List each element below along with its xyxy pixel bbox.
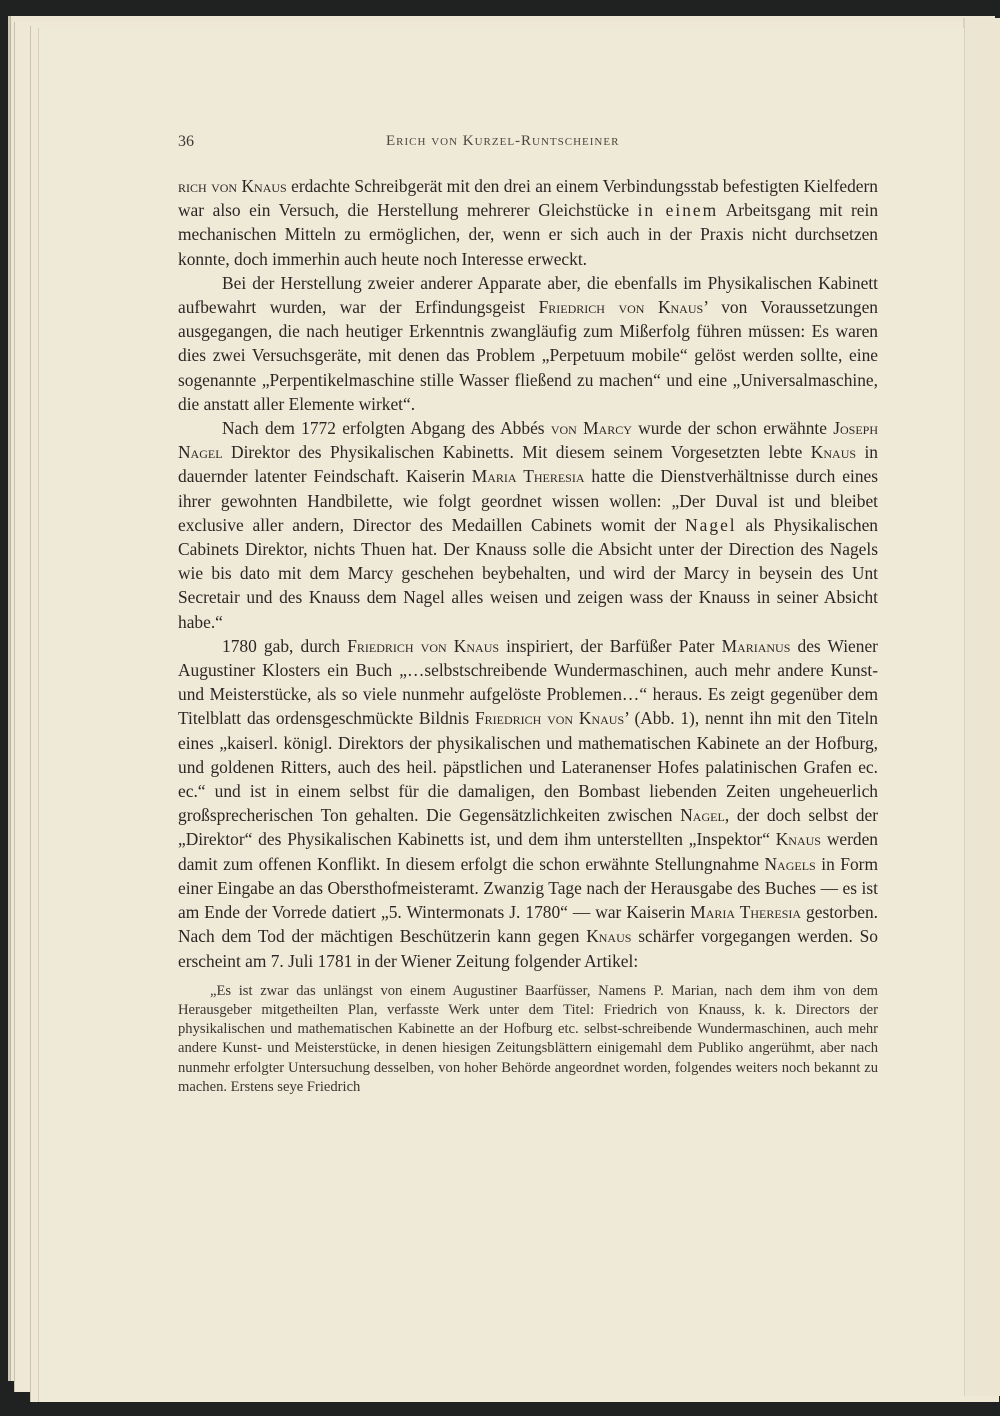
small-caps-name: Knaus bbox=[776, 829, 821, 849]
text-run: 1780 gab, durch bbox=[222, 636, 347, 656]
small-caps-name: Marianus bbox=[722, 636, 791, 656]
body-text: rich von Knaus erdachte Schreibgerät mit… bbox=[178, 174, 878, 1097]
scanned-page-view: 36 Erich von Kurzel-Runtscheiner rich vo… bbox=[0, 0, 1000, 1416]
small-caps-name: Maria Theresia bbox=[472, 466, 585, 486]
facing-page-edge bbox=[963, 18, 1000, 1396]
small-caps-name: Knaus bbox=[811, 442, 856, 462]
running-header: 36 Erich von Kurzel-Runtscheiner bbox=[178, 130, 878, 160]
spaced-emphasis: Nagel bbox=[685, 515, 737, 535]
small-caps-name: Knaus bbox=[586, 926, 631, 946]
small-caps-name: Nagels bbox=[764, 854, 815, 874]
page-number: 36 bbox=[178, 133, 194, 151]
text-run: inspiriert, der Barfüßer Pater bbox=[499, 636, 722, 656]
small-caps-name: rich von Knaus bbox=[178, 176, 287, 196]
small-caps-name: Friedrich von Knaus bbox=[475, 708, 624, 728]
text-run: wurde der schon erwähnte bbox=[632, 418, 833, 438]
spaced-emphasis: in einem bbox=[638, 200, 719, 220]
small-caps-name: Nagel bbox=[680, 805, 725, 825]
page-content: 36 Erich von Kurzel-Runtscheiner rich vo… bbox=[178, 130, 878, 1112]
text-run: Direktor des Physikalischen Kabinetts. M… bbox=[223, 442, 811, 462]
paragraph: rich von Knaus erdachte Schreibgerät mit… bbox=[178, 174, 878, 271]
small-caps-name: Friedrich von Knaus bbox=[347, 636, 499, 656]
block-quote: „Es ist zwar das unlängst von einem Augu… bbox=[178, 982, 878, 1097]
small-caps-name: Maria Theresia bbox=[690, 902, 801, 922]
small-caps-name: von Marcy bbox=[551, 418, 632, 438]
paragraph: Nach dem 1772 erfolgten Abgang des Abbés… bbox=[178, 416, 878, 634]
running-title: Erich von Kurzel-Runtscheiner bbox=[386, 133, 619, 150]
paragraph: 1780 gab, durch Friedrich von Knaus insp… bbox=[178, 634, 878, 973]
paragraph: Bei der Herstellung zweier anderer Appar… bbox=[178, 271, 878, 416]
text-run: Nach dem 1772 erfolgten Abgang des Abbés bbox=[222, 418, 551, 438]
small-caps-name: Friedrich von Knaus bbox=[539, 297, 704, 317]
